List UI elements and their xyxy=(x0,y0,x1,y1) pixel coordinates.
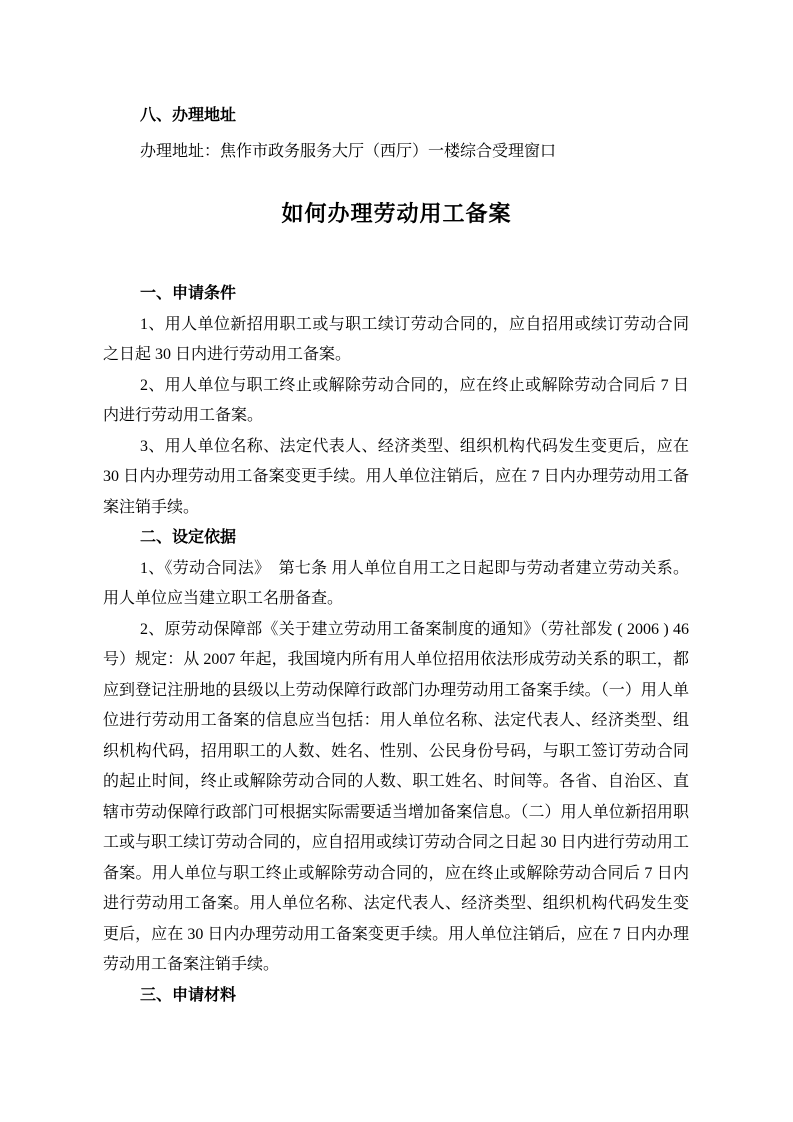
previous-article-section: 八、办理地址 办理地址：焦作市政务服务大厅（西厅）一楼综合受理窗口 xyxy=(103,98,689,170)
section-heading-legal-basis: 二、设定依据 xyxy=(103,523,689,554)
section-heading-application-materials: 三、申请材料 xyxy=(103,981,689,1012)
paragraph: 2、原劳动保障部《关于建立劳动用工备案制度的通知》（劳社部发 ( 2006 ) … xyxy=(103,615,689,981)
office-address-paragraph: 办理地址：焦作市政务服务大厅（西厅）一楼综合受理窗口 xyxy=(103,134,689,170)
article-title: 如何办理劳动用工备案 xyxy=(0,196,793,232)
section-legal-basis: 二、设定依据 1、《劳动合同法》 第七条 用人单位自用工之日起即与劳动者建立劳动… xyxy=(103,523,689,981)
section-heading-office-address: 八、办理地址 xyxy=(103,98,689,134)
document-page: 八、办理地址 办理地址：焦作市政务服务大厅（西厅）一楼综合受理窗口 如何办理劳动… xyxy=(0,0,793,1122)
paragraph: 3、用人单位名称、法定代表人、经济类型、组织机构代码发生变更后，应在 30 日内… xyxy=(103,432,689,524)
paragraph: 2、用人单位与职工终止或解除劳动合同的，应在终止或解除劳动合同后 7 日内进行劳… xyxy=(103,371,689,432)
section-application-conditions: 一、申请条件 1、用人单位新招用职工或与职工续订劳动合同的，应自招用或续订劳动合… xyxy=(103,279,689,523)
section-heading-application-conditions: 一、申请条件 xyxy=(103,279,689,310)
article-body: 一、申请条件 1、用人单位新招用职工或与职工续订劳动合同的，应自招用或续订劳动合… xyxy=(103,279,689,1011)
paragraph: 1、用人单位新招用职工或与职工续订劳动合同的，应自招用或续订劳动合同之日起 30… xyxy=(103,310,689,371)
section-application-materials: 三、申请材料 xyxy=(103,981,689,1012)
paragraph: 1、《劳动合同法》 第七条 用人单位自用工之日起即与劳动者建立劳动关系。用人单位… xyxy=(103,554,689,615)
